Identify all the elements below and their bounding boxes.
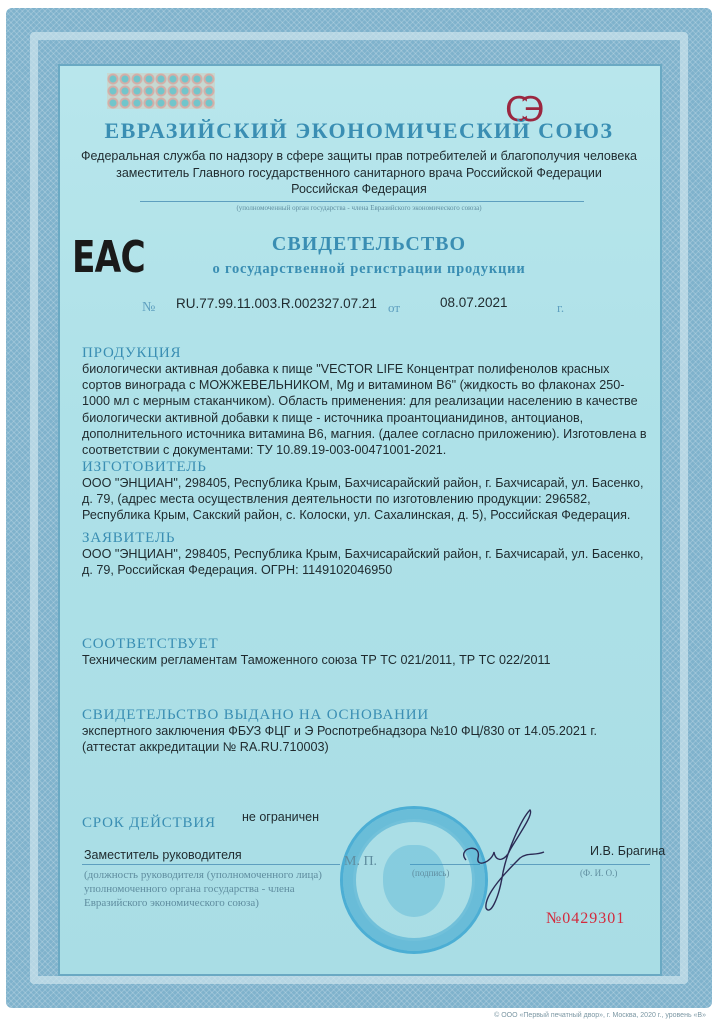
position-caption: (должность руководителя (уполномоченного… [84, 868, 352, 910]
printer-note: © ООО «Первый печатный двор», г. Москва,… [494, 1012, 706, 1019]
manufacturer-heading: ИЗГОТОВИТЕЛЬ [82, 459, 207, 476]
stamp-place-label: М. П. [344, 855, 377, 869]
position-line [82, 864, 340, 865]
divider [140, 201, 584, 202]
authority-line-1: Федеральная служба по надзору в сфере за… [0, 149, 718, 163]
applicant-text: ООО "ЭНЦИАН", 298405, Республика Крым, Б… [82, 546, 652, 578]
conforms-text: Техническим регламентам Таможенного союз… [82, 652, 652, 668]
certificate-number: RU.77.99.11.003.R.002327.07.21 [176, 296, 377, 311]
conforms-heading: СООТВЕТСТВУЕТ [82, 636, 218, 653]
basis-heading: СВИДЕТЕЛЬСТВО ВЫДАНО НА ОСНОВАНИИ [82, 707, 429, 724]
product-text: биологически активная добавка к пище "VE… [82, 361, 652, 458]
certificate-title: СВИДЕТЕЛЬСТВО [0, 233, 718, 256]
serial-number: №0429301 [546, 910, 625, 928]
manufacturer-text: ООО "ЭНЦИАН", 298405, Республика Крым, Б… [82, 475, 652, 524]
applicant-heading: ЗАЯВИТЕЛЬ [82, 530, 175, 547]
coat-of-arms-icon [383, 845, 445, 917]
certificate-subtitle: о государственной регистрации продукции [0, 261, 718, 278]
hologram-sticker [107, 73, 215, 109]
handwritten-signature-icon [448, 808, 568, 918]
name-caption: (Ф. И. О.) [580, 866, 617, 880]
validity-heading: СРОК ДЕЙСТВИЯ [82, 815, 216, 832]
union-title: ЕВРАЗИЙСКИЙ ЭКОНОМИЧЕСКИЙ СОЮЗ [0, 118, 718, 144]
signature-caption: (подпись) [412, 866, 449, 880]
authority-line-3: Российская Федерация [0, 182, 718, 196]
authority-line-2: заместитель Главного государственного са… [0, 166, 718, 180]
date-label: от [388, 300, 400, 316]
product-heading: ПРОДУКЦИЯ [82, 345, 181, 362]
number-label: № [142, 300, 155, 316]
year-suffix: г. [557, 300, 564, 316]
validity-value: не ограничен [242, 810, 319, 824]
basis-text: экспертного заключения ФБУЗ ФЦГ и Э Росп… [82, 723, 652, 755]
signer-position: Заместитель руководителя [84, 848, 242, 862]
certificate-date: 08.07.2021 [440, 295, 508, 310]
signer-name: И.В. Брагина [590, 844, 665, 858]
authority-caption: (уполномоченный орган государства - член… [0, 204, 718, 212]
